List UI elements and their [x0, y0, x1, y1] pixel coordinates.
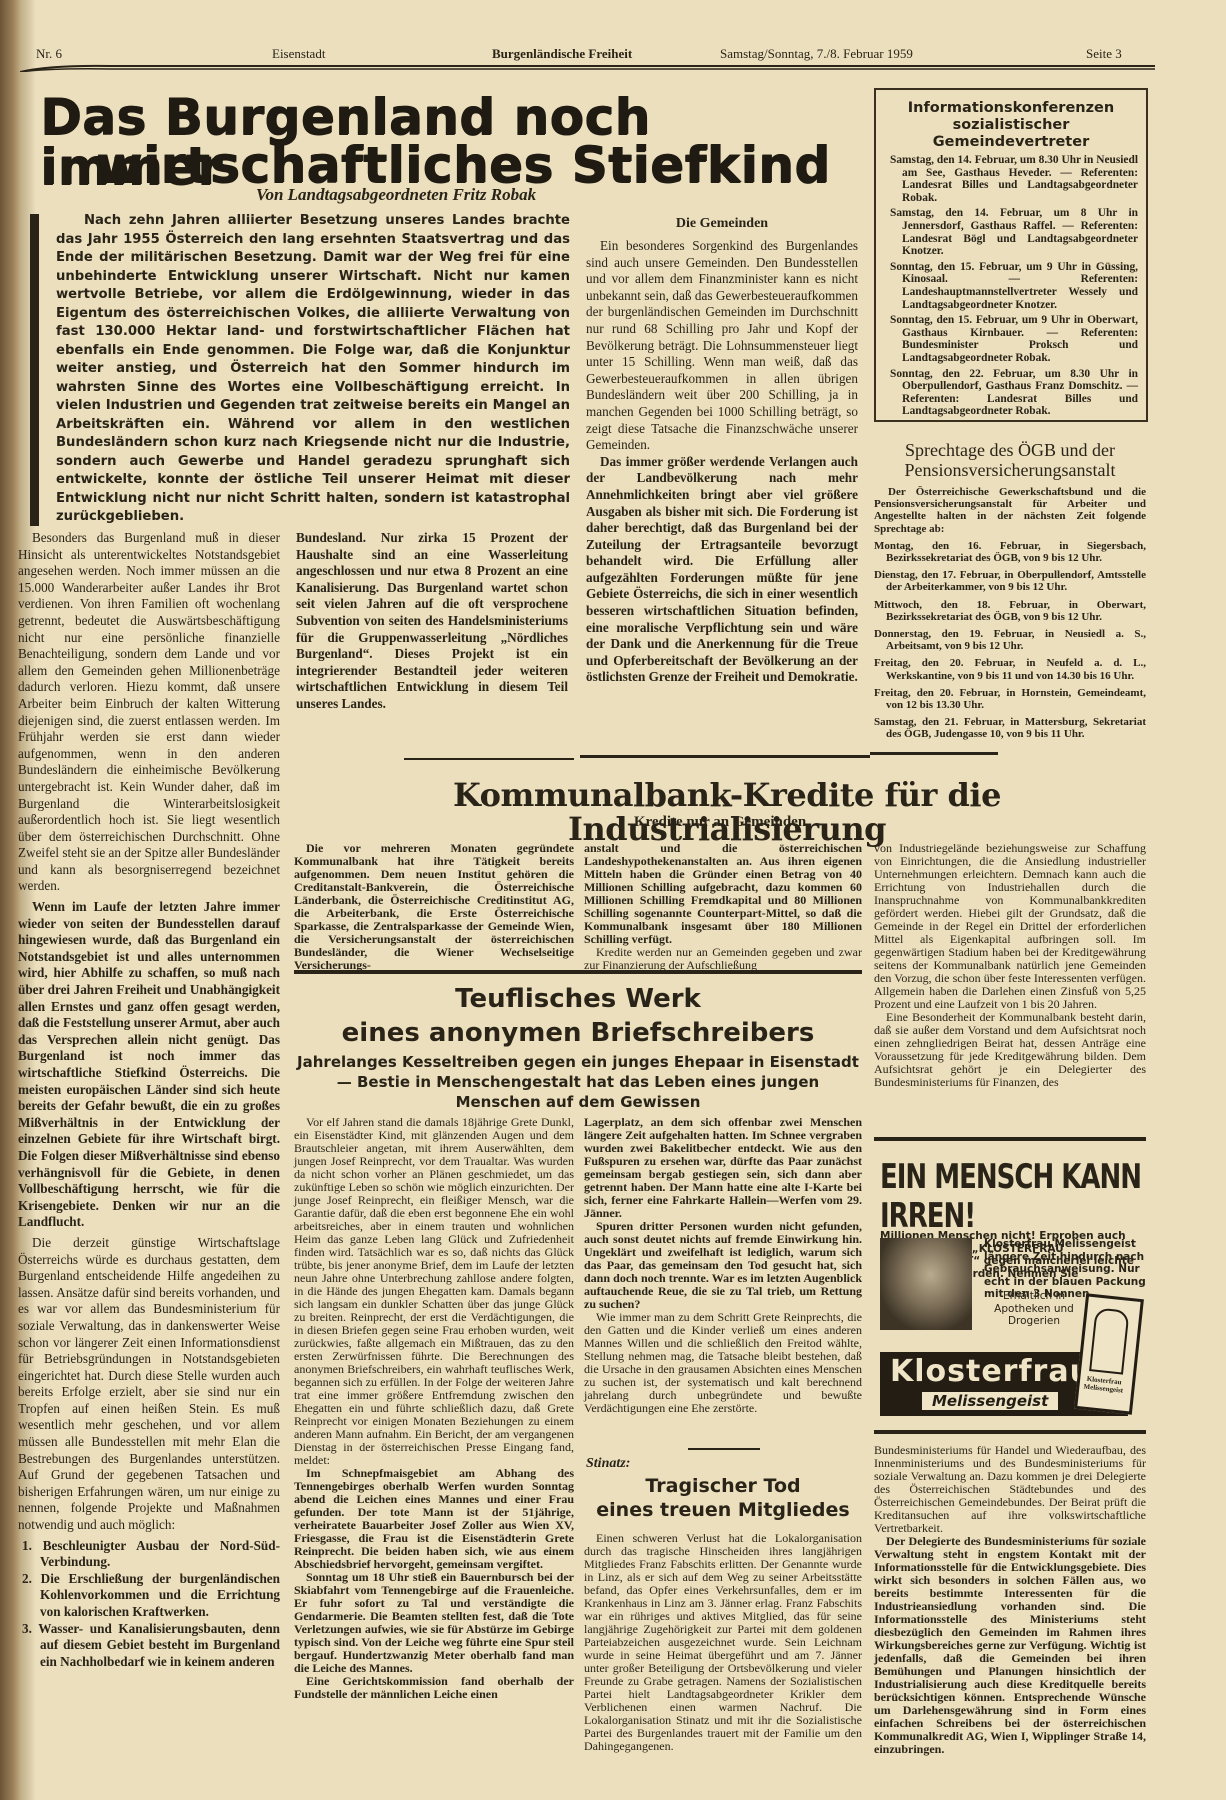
teuflisch-paragraph: Wie immer man zu dem Schritt Grete Reinp… [584, 1311, 862, 1415]
conference-entry: Samstag, den 14. Februar, um 8.30 Uhr in… [880, 154, 1138, 204]
kommunal-headline: Kommunalbank-Kredite für die Industriali… [294, 778, 1160, 846]
newspaper-page: Nr. 6 Eisenstadt Burgenländische Freihei… [0, 0, 1226, 1800]
divider-short [688, 1448, 760, 1450]
stinatz-headline-line1: Tragischer Tod [584, 1474, 862, 1498]
stinatz-body: Einen schweren Verlust hat die Lokalorga… [584, 1532, 862, 1753]
issue-number: Nr. 6 [36, 46, 62, 62]
main-column-1: Besonders das Burgenland muß in dieser H… [18, 530, 280, 1670]
teuflisch-paragraph: Lagerplatz, an dem sich offenbar zwei Me… [584, 1116, 862, 1220]
divider [870, 752, 998, 755]
ogb-entry: Montag, den 16. Februar, in Siegersbach,… [874, 540, 1146, 564]
ogb-title-line1: Sprechtage des ÖGB und der [874, 440, 1146, 460]
conference-entry: Sonntag, den 15. Februar, um 9 Uhr in Ob… [880, 314, 1138, 364]
teuflisch-column-1: Vor elf Jahren stand die damals 18jährig… [294, 1116, 574, 1701]
ad-product: Melissengeist [922, 1392, 1058, 1410]
gemeinden-section: Die Gemeinden Ein besonderes Sorgenkind … [586, 216, 858, 686]
teuflisch-subhead: Jahrelanges Kesseltreiben gegen ein jung… [294, 1052, 862, 1112]
ogb-entry: Freitag, den 20. Februar, in Hornstein, … [874, 687, 1146, 711]
main-headline-line2: wirtschaftliches Stiefkind [96, 140, 856, 190]
masthead-rule [20, 64, 1155, 72]
gemeinden-subhead: Die Gemeinden [586, 216, 858, 232]
gemeinden-text: Ein besonderes Sorgenkind des Burgenland… [586, 238, 858, 686]
kommunal-col2-bold: anstalt und die österreichischen Landesh… [584, 842, 862, 946]
date: Samstag/Sonntag, 7./8. Februar 1959 [720, 46, 913, 62]
divider [580, 755, 870, 758]
byline: Von Landtagsabgeordneten Fritz Robak [256, 185, 656, 205]
divider-short [404, 758, 574, 760]
kommunal-col3-p1: von Industriegelände beziehungsweise zur… [874, 842, 1146, 1011]
pack-label: Klosterfrau Melissengeist [1081, 1374, 1126, 1395]
ogb-intro: Der Österreichische Gewerkschaftsbund un… [874, 486, 1146, 535]
ogb-section: Sprechtage des ÖGB und der Pensionsversi… [874, 440, 1146, 741]
place: Eisenstadt [272, 46, 325, 62]
lead-paragraph: Nach zehn Jahren alliierter Besetzung un… [56, 212, 570, 527]
paper-name: Burgenländische Freiheit [492, 46, 632, 62]
ad-availability: Erhältlich in Apotheken und Drogerien [986, 1290, 1082, 1328]
info-box-title-line2: sozialistischer [876, 117, 1146, 134]
kommunal-col3-p2: Eine Besonderheit der Kommunalbank beste… [874, 1011, 1146, 1089]
conference-entry: Samstag, den 14. Februar, um 8 Uhr in Je… [880, 207, 1138, 257]
ad-product-pack: Klosterfrau Melissengeist [1074, 1293, 1144, 1414]
teuflisch-headline-line2: eines anonymen Briefschreibers [294, 1016, 862, 1050]
teuflisch-paragraph: Im Schnepfmaisgebiet am Abhang des Tenne… [294, 1467, 574, 1571]
teuflisch-headline-line1: Teuflisches Werk [294, 982, 862, 1016]
kommunal-subhead: Kredite nur an Gemeinden [580, 814, 860, 831]
main-paragraph-3: Die derzeit günstige Wirtschaftslage Öst… [18, 1235, 280, 1534]
kommunal-col2-regular: Kredite werden nur an Gemeinden gegeben … [584, 946, 862, 972]
kommunal-cont-p1: Bundesministeriums für Handel und Wieder… [874, 1444, 1146, 1535]
ad-brand: Klosterfrau [890, 1354, 1092, 1389]
info-box-title-line3: Gemeindevertreter [876, 134, 1146, 151]
info-box-title: Informationskonferenzen sozialistischer … [876, 100, 1146, 151]
project-list: 1. Beschleunigter Ausbau der Nord-Süd-Ve… [18, 1538, 280, 1671]
nuns-icon [1089, 1307, 1130, 1374]
project-item-1: 1. Beschleunigter Ausbau der Nord-Süd-Ve… [18, 1538, 280, 1571]
ogb-title: Sprechtage des ÖGB und der Pensionsversi… [874, 440, 1146, 480]
info-box-conferences: Informationskonferenzen sozialistischer … [874, 88, 1148, 422]
main-column-2: Bundesland. Nur zirka 15 Prozent der Hau… [296, 530, 568, 713]
divider [874, 1137, 1146, 1141]
stinatz-headline: Tragischer Tod eines treuen Mitgliedes [584, 1474, 862, 1522]
divider [294, 970, 862, 974]
ogb-entry: Samstag, den 21. Februar, in Mattersburg… [874, 716, 1146, 740]
gemeinden-paragraph-2: Das immer größer werdende Verlangen auch… [586, 454, 858, 686]
lead-bar [30, 214, 39, 526]
ad-portrait-photo [880, 1238, 972, 1330]
project-item-2: 2. Die Erschließung der burgenländischen… [18, 1571, 280, 1621]
ad-headline: EIN MENSCH KANN IRREN! [880, 1158, 1146, 1236]
project-item-3: 3. Wasser- und Kanalisierungsbauten, den… [18, 1621, 280, 1671]
teuflisch-paragraph: Sonntag um 18 Uhr stieß ein Bauernbursch… [294, 1571, 574, 1675]
main-paragraph-1: Besonders das Burgenland muß in dieser H… [18, 530, 280, 895]
main-paragraph-2: Wenn im Laufe der letzten Jahre immer wi… [18, 899, 280, 1231]
kommunal-column-3: von Industriegelände beziehungsweise zur… [874, 842, 1146, 1089]
teuflisch-paragraph: Vor elf Jahren stand die damals 18jährig… [294, 1116, 574, 1467]
ogb-title-line2: Pensionsversicherungsanstalt [874, 460, 1146, 480]
conference-entry: Sonntag, den 22. Februar, um 8.30 Uhr in… [880, 368, 1138, 418]
teuflisch-headline: Teuflisches Werk eines anonymen Briefsch… [294, 982, 862, 1050]
ogb-entry: Mittwoch, den 18. Februar, in Oberwart, … [874, 599, 1146, 623]
page-number: Seite 3 [1086, 46, 1122, 62]
teuflisch-paragraph: Spuren dritter Personen wurden nicht gef… [584, 1220, 862, 1311]
divider [874, 1430, 1146, 1434]
kommunal-column-2: anstalt und die österreichischen Landesh… [584, 842, 862, 972]
kommunal-column-1: Die vor mehreren Monaten gegründete Komm… [294, 842, 574, 972]
teuflisch-column-2: Lagerplatz, an dem sich offenbar zwei Me… [584, 1116, 862, 1415]
gemeinden-paragraph-1: Ein besonderes Sorgenkind des Burgenland… [586, 238, 858, 454]
teuflisch-paragraph: Eine Gerichtskommission fand oberhalb de… [294, 1675, 574, 1701]
kommunal-continuation: Bundesministeriums für Handel und Wieder… [874, 1444, 1146, 1756]
kommunal-cont-p2: Der Delegierte des Bundesministeriums fü… [874, 1535, 1146, 1756]
ogb-entry: Dienstag, den 17. Februar, in Oberpullen… [874, 569, 1146, 593]
ogb-entry: Freitag, den 20. Februar, in Neufeld a. … [874, 657, 1146, 681]
stinatz-headline-line2: eines treuen Mitgliedes [584, 1498, 862, 1522]
ogb-entry: Donnerstag, den 19. Februar, in Neusiedl… [874, 628, 1146, 652]
stinatz-dateline: Stinatz: [586, 1456, 630, 1472]
info-box-title-line1: Informationskonferenzen [876, 100, 1146, 117]
conference-entry: Sonntag, den 15. Februar, um 9 Uhr in Gü… [880, 261, 1138, 311]
